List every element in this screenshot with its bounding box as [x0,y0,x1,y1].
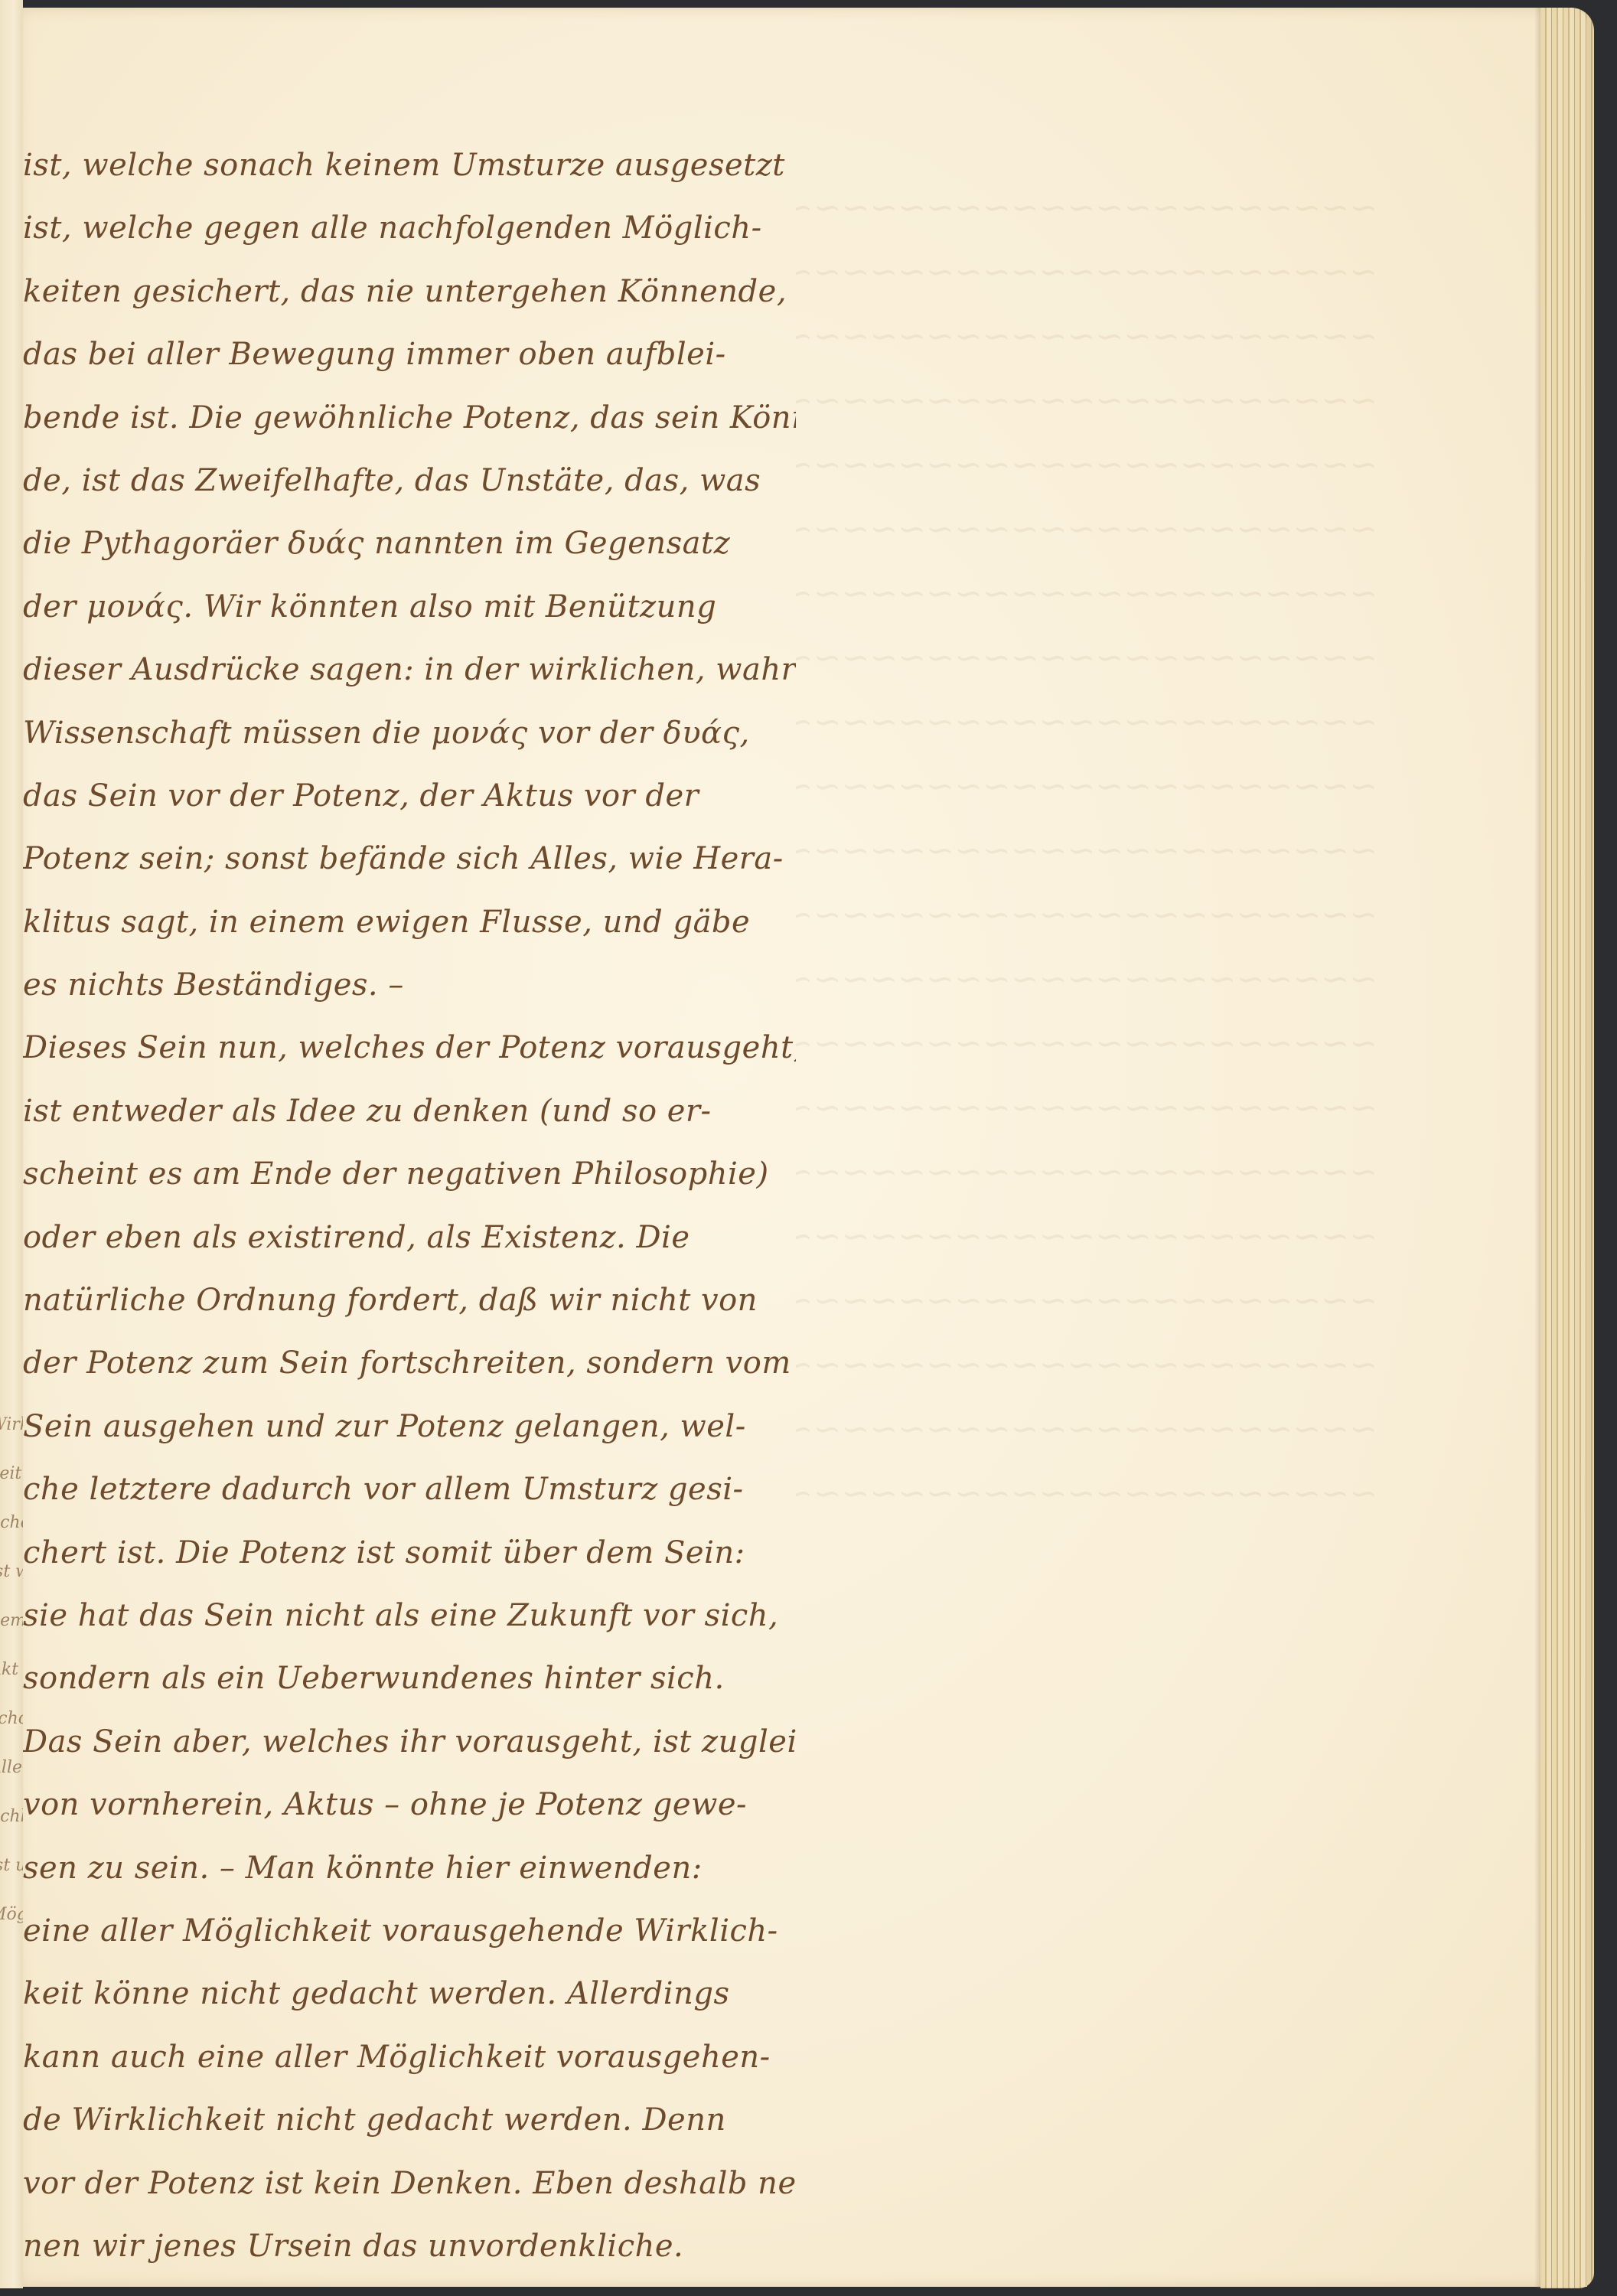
text-line: de Wirklichkeit nicht gedacht werden. De… [23,2089,796,2151]
ghost-line: ~~~~~~~~~~~~~~~~~~~~~~~~ [796,433,1377,497]
ghost-line: ~~~~~~~~~~~~~~~~~~~~~~~~ [796,562,1377,626]
margin-note: lichk [0,1792,23,1841]
text-line: keit könne nicht gedacht werden. Allerdi… [23,1962,796,2025]
text-line: sondern als ein Ueberwundenes hinter sic… [23,1647,796,1710]
ghost-line: ~~~~~~~~~~~~~~~~~~~~~~~~ [796,1012,1377,1076]
ghost-line: ~~~~~~~~~~~~~~~~~~~~~~~~ [796,1205,1377,1269]
text-line: von vornherein, Aktus – ohne je Potenz g… [23,1773,796,1836]
margin-note: Akt [0,1645,23,1694]
text-line: nen wir jenes Ursein das unvordenkliche. [23,2215,796,2278]
ghost-line: ~~~~~~~~~~~~~~~~~~~~~~~~ [796,1462,1377,1526]
text-line: de, ist das Zweifelhafte, das Unstäte, d… [23,449,796,512]
text-line: ist, welche gegen alle nachfolgenden Mög… [23,197,796,259]
text-line: eine aller Möglichkeit vorausgehende Wir… [23,1900,796,1962]
text-line: kann auch eine aller Möglichkeit vorausg… [23,2026,796,2089]
ghost-line: ~~~~~~~~~~~~~~~~~~~~~~~~ [796,369,1377,433]
margin-note: Wirkl [0,1401,23,1450]
text-line: klitus sagt, in einem ewigen Flusse, und… [23,891,796,954]
text-line: die Pythagoräer δυάς nannten im Gegensat… [23,512,796,575]
margin-notes: Wirkl keit lichen ist wi dem Akt schon A… [0,1401,23,2089]
stacked-page-edges [1540,8,1594,2288]
manuscript-scan: Wirkl keit lichen ist wi dem Akt schon A… [0,0,1617,2296]
facing-page-strip: Wirkl keit lichen ist wi dem Akt schon A… [0,0,23,2288]
text-line: bende ist. Die gewöhnliche Potenz, das s… [23,386,796,449]
margin-note: dem [0,1596,23,1645]
text-line: Wissenschaft müssen die μονάς vor der δυ… [23,702,796,765]
margin-note: schon [0,1694,23,1743]
ghost-line: ~~~~~~~~~~~~~~~~~~~~~~~~ [796,626,1377,690]
ghost-line: ~~~~~~~~~~~~~~~~~~~~~~~~ [796,1076,1377,1140]
text-line: der Potenz zum Sein fortschreiten, sonde… [23,1332,796,1394]
text-line: Das Sein aber, welches ihr vorausgeht, i… [23,1711,796,1773]
margin-note: ist wi [0,1548,23,1596]
text-line: ist entweder als Idee zu denken (und so … [23,1080,796,1143]
ghost-line: ~~~~~~~~~~~~~~~~~~~~~~~~ [796,240,1377,305]
text-line: Dieses Sein nun, welches der Potenz vora… [23,1016,796,1079]
text-line: Potenz sein; sonst befände sich Alles, w… [23,827,796,890]
text-line: das bei aller Bewegung immer oben aufble… [23,323,796,386]
ghost-line: ~~~~~~~~~~~~~~~~~~~~~~~~ [796,497,1377,562]
manuscript-text: ist, welche sonach keinem Umsturze ausge… [23,134,796,2278]
text-line: oder eben als existirend, als Existenz. … [23,1206,796,1269]
text-line: sie hat das Sein nicht als eine Zukunft … [23,1584,796,1647]
text-line: che letztere dadurch vor allem Umsturz g… [23,1458,796,1521]
text-line: keiten gesichert, das nie untergehen Kön… [23,260,796,323]
text-line: das Sein vor der Potenz, der Aktus vor d… [23,765,796,827]
text-line: dieser Ausdrücke sagen: in der wirkliche… [23,638,796,701]
margin-note: keit [0,1450,23,1499]
ghost-line: ~~~~~~~~~~~~~~~~~~~~~~~~ [796,883,1377,947]
ghost-line: ~~~~~~~~~~~~~~~~~~~~~~~~ [796,1140,1377,1205]
ghost-line: ~~~~~~~~~~~~~~~~~~~~~~~~ [796,1333,1377,1397]
text-line: scheint es am Ende der negativen Philoso… [23,1143,796,1205]
ghost-line: ~~~~~~~~~~~~~~~~~~~~~~~~ [796,1269,1377,1333]
ghost-line: ~~~~~~~~~~~~~~~~~~~~~~~~ [796,755,1377,819]
text-line: der μονάς. Wir könnten also mit Benützun… [23,576,796,638]
margin-note: Mögl [0,1890,23,1939]
margin-note: lichen [0,1499,23,1548]
margin-note: Aller [0,1743,23,1792]
ghost-line: ~~~~~~~~~~~~~~~~~~~~~~~~ [796,1397,1377,1462]
show-through-text: ~~~~~~~~~~~~~~~~~~~~~~~~ ~~~~~~~~~~~~~~~… [796,176,1377,1554]
text-line: chert ist. Die Potenz ist somit über dem… [23,1521,796,1584]
text-line: vor der Potenz ist kein Denken. Eben des… [23,2152,796,2215]
ghost-line: ~~~~~~~~~~~~~~~~~~~~~~~~ [796,305,1377,369]
ghost-line: ~~~~~~~~~~~~~~~~~~~~~~~~ [796,947,1377,1012]
text-line: natürliche Ordnung fordert, daß wir nich… [23,1269,796,1332]
margin-note: ist u [0,1841,23,1890]
ghost-line: ~~~~~~~~~~~~~~~~~~~~~~~~ [796,819,1377,883]
text-line: Sein ausgehen und zur Potenz gelangen, w… [23,1395,796,1458]
ghost-line: ~~~~~~~~~~~~~~~~~~~~~~~~ [796,690,1377,755]
text-line: ist, welche sonach keinem Umsturze ausge… [23,134,796,197]
ghost-line: ~~~~~~~~~~~~~~~~~~~~~~~~ [796,176,1377,240]
text-line: es nichts Beständiges. – [23,954,796,1016]
text-line: sen zu sein. – Man könnte hier einwenden… [23,1837,796,1900]
